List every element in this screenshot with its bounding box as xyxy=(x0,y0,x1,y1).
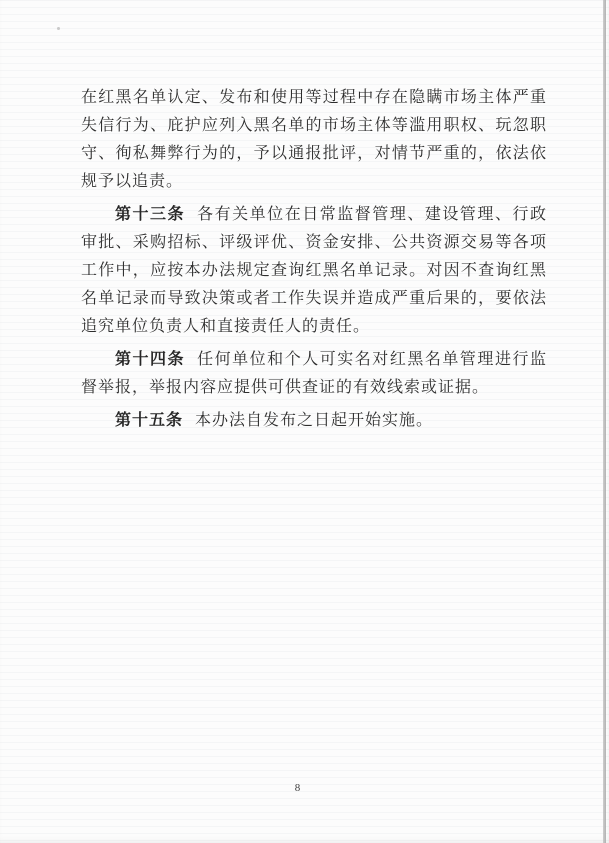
paragraph-continuation: 在红黑名单认定、发布和使用等过程中存在隐瞒市场主体严重失信行为、庇护应列入黑名单… xyxy=(81,84,547,196)
page-number: 8 xyxy=(0,782,595,794)
paragraph-text: 各有关单位在日常监督管理、建设管理、行政审批、采购招标、评级评优、资金安排、公共… xyxy=(81,206,547,335)
paragraph-article-15: 第十五条本办法自发布之日起开始实施。 xyxy=(81,407,547,435)
paragraph-article-13: 第十三条各有关单位在日常监督管理、建设管理、行政审批、采购招标、评级评优、资金安… xyxy=(81,201,547,341)
document-body-text: 在红黑名单认定、发布和使用等过程中存在隐瞒市场主体严重失信行为、庇护应列入黑名单… xyxy=(81,84,547,440)
article-number: 第十四条 xyxy=(115,351,185,368)
scan-speck-artifact xyxy=(57,27,60,30)
article-number: 第十三条 xyxy=(115,206,185,223)
paragraph-text: 在红黑名单认定、发布和使用等过程中存在隐瞒市场主体严重失信行为、庇护应列入黑名单… xyxy=(81,89,547,190)
paragraph-article-14: 第十四条任何单位和个人可实名对红黑名单管理进行监督举报，举报内容应提供可供查证的… xyxy=(81,346,547,402)
paragraph-text: 本办法自发布之日起开始实施。 xyxy=(195,412,433,429)
article-number: 第十五条 xyxy=(115,412,183,429)
scanned-document-page: 在红黑名单认定、发布和使用等过程中存在隐瞒市场主体严重失信行为、庇护应列入黑名单… xyxy=(0,0,609,843)
scan-edge-artifact xyxy=(603,0,606,843)
